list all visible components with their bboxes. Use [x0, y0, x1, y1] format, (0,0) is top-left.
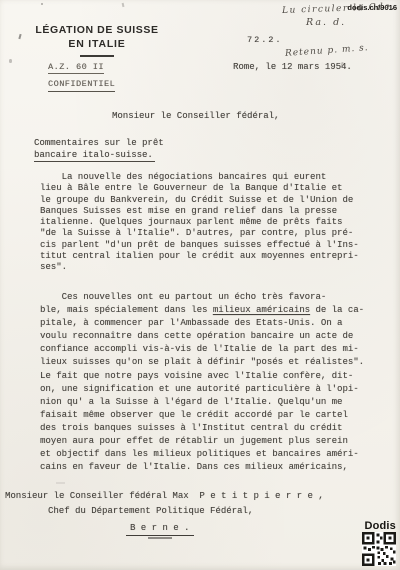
recipient-title-line: Chef du Département Politique Fédéral, — [48, 506, 253, 516]
letterhead-title-line1: LÉGATION DE SUISSE — [28, 24, 166, 36]
subject-note-line1: Commentaires sur le prêt — [34, 138, 164, 148]
body-paragraph-2: Ces nouvelles ont eu partout un écho trè… — [40, 291, 364, 474]
recipient-name-line: Monsieur le Conseiller fédéral Max P e t… — [5, 491, 324, 501]
letterhead-title-line2: EN ITALIE — [28, 38, 166, 50]
recipient-city-line: B e r n e . — [130, 523, 189, 533]
subject-note-underline — [34, 161, 155, 162]
handwritten-initials: Ra. d. — [306, 17, 346, 28]
recipient-city-underline — [126, 535, 194, 536]
dateline: Rome, le 12 mars 1954. — [233, 62, 352, 72]
scan-artifact — [41, 3, 43, 5]
scan-artifact — [9, 59, 12, 63]
body-paragraph-1: La nouvelle des négociations bancaires q… — [40, 172, 359, 274]
handwritten-annotation-note: Retenu p. m. s. — [285, 43, 369, 59]
dodis-wordmark: Dodis — [344, 521, 396, 531]
subject-note-line2: bancaire italo-suisse. — [34, 150, 153, 160]
confidential-marking: CONFIDENTIEL — [48, 79, 115, 92]
dodis-qr-code-icon — [362, 532, 396, 566]
scan-artifact — [122, 3, 124, 7]
typed-annotation-number: 72.2. — [247, 35, 283, 45]
reference-number: A.Z. 60 II — [48, 62, 104, 74]
letterhead-rule — [80, 55, 114, 57]
scan-artifact — [18, 34, 21, 39]
scanned-letter: LÉGATION DE SUISSE EN ITALIE A.Z. 60 II … — [0, 0, 400, 570]
scan-artifact — [56, 482, 65, 484]
handwritten-annotation-top: Lu circuler la Cde. — [282, 2, 396, 16]
salutation: Monsieur le Conseiller fédéral, — [112, 111, 279, 121]
letterhead: LÉGATION DE SUISSE EN ITALIE — [28, 24, 166, 57]
dodis-logo: Dodis — [344, 521, 396, 566]
recipient-city-underline-smudge — [148, 537, 172, 539]
